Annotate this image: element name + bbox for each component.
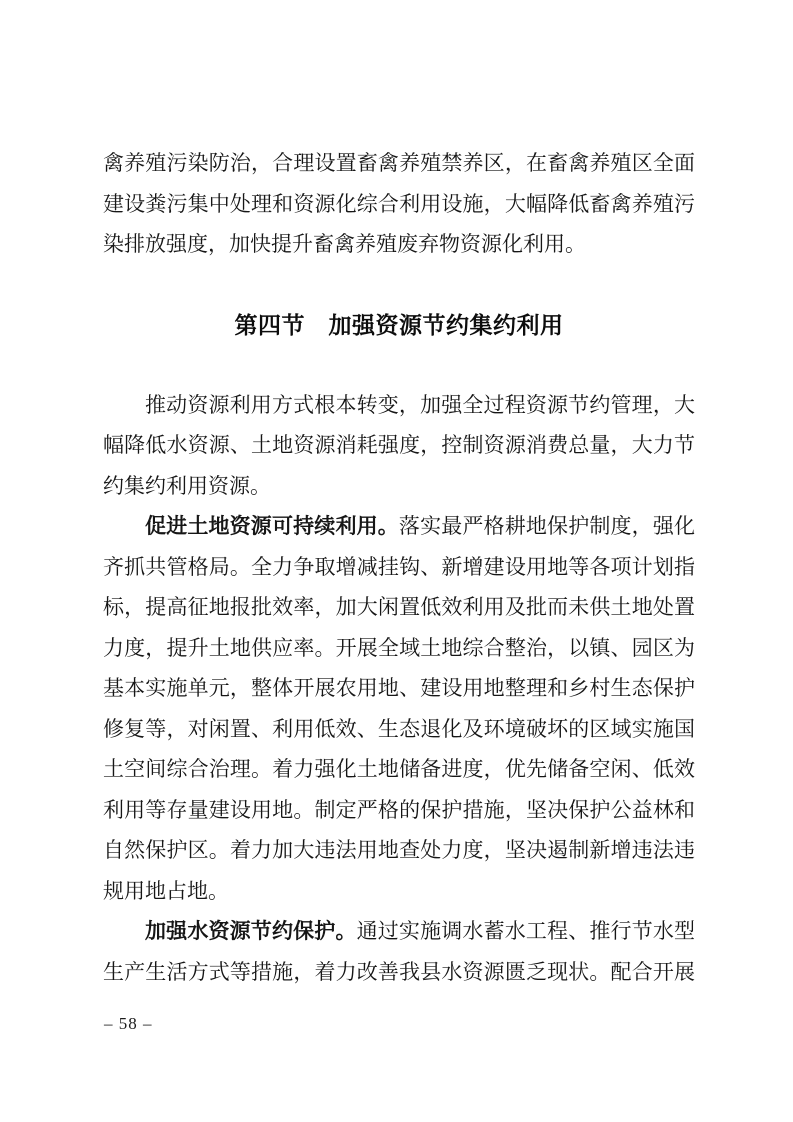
- text-line: 推动资源利用方式根本转变，加强全过程资源节约管理，大: [103, 385, 695, 426]
- text-line: 自然保护区。着力加大违法用地查处力度，坚决遏制新增违法违: [103, 830, 695, 871]
- text-line: 染排放强度，加快提升畜禽养殖废弃物资源化利用。: [103, 224, 695, 265]
- text-run: 修复等，对闲置、利用低效、生态退化及环境破坏的区域实施国: [103, 717, 695, 741]
- text-run: 齐抓共管格局。全力争取增减挂钩、新增建设用地等各项计划指: [103, 555, 695, 579]
- text-run: 力度，提升土地供应率。开展全域土地综合整治，以镇、园区为: [103, 636, 695, 660]
- text-line: 加强水资源节约保护。通过实施调水蓄水工程、推行节水型: [103, 911, 695, 952]
- text-line: 利用等存量建设用地。制定严格的保护措施，坚决保护公益林和: [103, 790, 695, 831]
- text-line: 齐抓共管格局。全力争取增减挂钩、新增建设用地等各项计划指: [103, 547, 695, 588]
- para-resource-conservation-intro: 推动资源利用方式根本转变，加强全过程资源节约管理，大幅降低水资源、土地资源消耗强…: [103, 385, 695, 507]
- text-line: 促进土地资源可持续利用。落实最严格耕地保护制度，强化: [103, 506, 695, 547]
- para-land-resources: 促进土地资源可持续利用。落实最严格耕地保护制度，强化齐抓共管格局。全力争取增减挂…: [103, 506, 695, 911]
- text-line: 禽养殖污染防治，合理设置畜禽养殖禁养区，在畜禽养殖区全面: [103, 143, 695, 184]
- bold-lead: 加强水资源节约保护。: [145, 919, 357, 943]
- page-number: – 58 –: [104, 1014, 153, 1034]
- text-run: 基本实施单元，整体开展农用地、建设用地整理和乡村生态保护: [103, 676, 695, 700]
- text-run: 通过实施调水蓄水工程、推行节水型: [357, 919, 695, 943]
- document-body: 禽养殖污染防治，合理设置畜禽养殖禁养区，在畜禽养殖区全面建设粪污集中处理和资源化…: [103, 143, 695, 992]
- text-run: 标，提高征地报批效率，加大闲置低效利用及批而未供土地处置: [103, 595, 695, 619]
- text-line: 生产生活方式等措施，着力改善我县水资源匮乏现状。配合开展: [103, 952, 695, 993]
- text-line: 基本实施单元，整体开展农用地、建设用地整理和乡村生态保护: [103, 668, 695, 709]
- text-run: 土空间综合治理。着力强化土地储备进度，优先储备空闲、低效: [103, 757, 695, 781]
- text-run: 利用等存量建设用地。制定严格的保护措施，坚决保护公益林和: [103, 798, 695, 822]
- text-line: 约集约利用资源。: [103, 466, 695, 507]
- document-page: 禽养殖污染防治，合理设置畜禽养殖禁养区，在畜禽养殖区全面建设粪污集中处理和资源化…: [0, 0, 793, 1122]
- text-run: 自然保护区。着力加大违法用地查处力度，坚决遏制新增违法违: [103, 838, 695, 862]
- text-run: 规用地占地。: [103, 879, 229, 903]
- section-heading: 第四节 加强资源节约集约利用: [103, 305, 695, 346]
- text-run: 幅降低水资源、土地资源消耗强度，控制资源消费总量，大力节: [103, 433, 695, 457]
- para-livestock-pollution: 禽养殖污染防治，合理设置畜禽养殖禁养区，在畜禽养殖区全面建设粪污集中处理和资源化…: [103, 143, 695, 265]
- text-line: 力度，提升土地供应率。开展全域土地综合整治，以镇、园区为: [103, 628, 695, 669]
- para-water-resources: 加强水资源节约保护。通过实施调水蓄水工程、推行节水型生产生活方式等措施，着力改善…: [103, 911, 695, 992]
- text-run: 染排放强度，加快提升畜禽养殖废弃物资源化利用。: [103, 232, 586, 256]
- text-line: 修复等，对闲置、利用低效、生态退化及环境破坏的区域实施国: [103, 709, 695, 750]
- text-run: 建设粪污集中处理和资源化综合利用设施，大幅降低畜禽养殖污: [103, 192, 695, 216]
- bold-lead: 促进土地资源可持续利用。: [145, 514, 399, 538]
- text-line: 规用地占地。: [103, 871, 695, 912]
- text-line: 幅降低水资源、土地资源消耗强度，控制资源消费总量，大力节: [103, 425, 695, 466]
- text-run: 禽养殖污染防治，合理设置畜禽养殖禁养区，在畜禽养殖区全面: [103, 151, 695, 175]
- text-line: 标，提高征地报批效率，加大闲置低效利用及批而未供土地处置: [103, 587, 695, 628]
- text-run: 约集约利用资源。: [103, 474, 271, 498]
- text-run: 落实最严格耕地保护制度，强化: [399, 514, 695, 538]
- text-run: 生产生活方式等措施，着力改善我县水资源匮乏现状。配合开展: [103, 960, 695, 984]
- text-line: 土空间综合治理。着力强化土地储备进度，优先储备空闲、低效: [103, 749, 695, 790]
- text-line: 建设粪污集中处理和资源化综合利用设施，大幅降低畜禽养殖污: [103, 184, 695, 225]
- text-run: 推动资源利用方式根本转变，加强全过程资源节约管理，大: [145, 393, 695, 417]
